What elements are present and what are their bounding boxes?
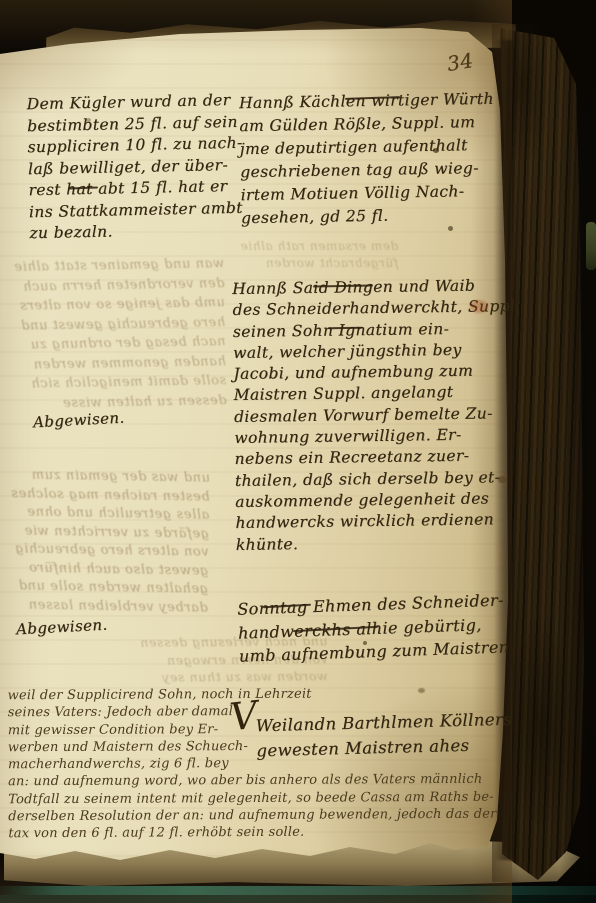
- entry-block-right-top: Hannß Kächlen wirtiger Würth am Gülden R…: [239, 88, 496, 230]
- bleedthrough-line: fürgebracht worden: [240, 255, 398, 272]
- entry-block-left-top: Dem Kügler wurd an der bestimbten 25 fl.…: [26, 90, 244, 245]
- handwritten-line: zu bezaln.: [29, 219, 244, 245]
- entry-block-bottom-left: weil der Supplicirend Sohn, noch in Lehr…: [8, 685, 497, 843]
- handwritten-line: an: und aufnemung word, wo aber bis anhe…: [8, 771, 496, 791]
- handwritten-line: khünte.: [236, 531, 524, 556]
- handwritten-line: irtem Motiuen Völlig Nach-: [240, 180, 495, 207]
- background-reflection: [586, 222, 596, 270]
- bleedthrough-line: darbey verbleiben lassen: [9, 596, 208, 618]
- stain-spot: [86, 118, 91, 122]
- table-reflection-band-lower: [0, 895, 596, 903]
- handwritten-line: gesehen, gd 25 fl.: [241, 203, 496, 230]
- page-number: 34: [445, 48, 475, 76]
- stain-spot: [448, 226, 453, 231]
- handwritten-line: derselben Resolution der an: und aufnemu…: [8, 806, 496, 826]
- handwritten-line: tax von den 6 fl. auf 12 fl. erhöbt sein…: [8, 823, 496, 843]
- bleedthrough-region-b: und was der gemain zum besten raichen ma…: [9, 466, 210, 617]
- stain-spot: [363, 641, 367, 645]
- rust-stain: [470, 300, 488, 313]
- handwritten-line: ins Stattkammeister ambt: [29, 197, 244, 223]
- stain-spot: [418, 688, 425, 693]
- bleedthrough-line: worden was zu thun sey: [140, 667, 328, 686]
- stain-spot: [498, 476, 506, 483]
- entry-block-right-middle: Hannß Said Dingen und Waib des Schneider…: [232, 275, 524, 556]
- bleedthrough-region-a: wan und gemainer statt alhie den verordn…: [14, 254, 227, 414]
- entry-block-right-lower: Sonntag Ehmen des Schneider- handwerckhs…: [237, 588, 510, 668]
- handwritten-line: diesmalen Vorwurf bemelte Zu-: [234, 403, 522, 428]
- handwritten-line: handwercks wircklich erdienen: [235, 509, 523, 534]
- stain-spot: [433, 148, 439, 153]
- manuscript-photo: wan und gemainer statt alhie den verordn…: [0, 0, 596, 903]
- bleedthrough-line: dem ersamen rath alhie: [240, 238, 398, 255]
- bleedthrough-region-c: dem ersamen rath alhie fürgebracht worde…: [240, 238, 398, 272]
